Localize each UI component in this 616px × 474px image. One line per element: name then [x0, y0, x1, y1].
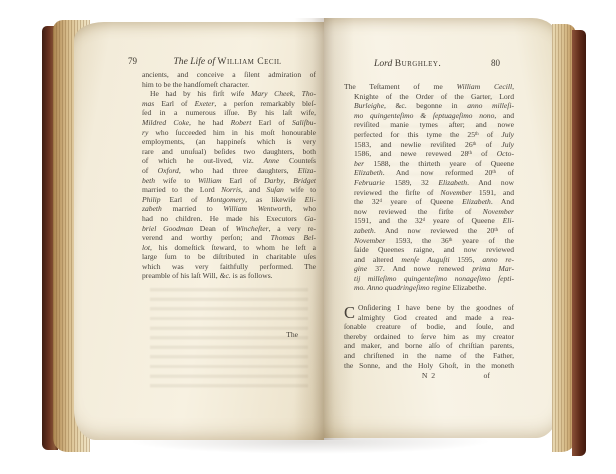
text-line: mas Earl of Exeter, a perſon remarkably …: [142, 99, 316, 109]
right-catchword: of: [484, 371, 491, 381]
considering-paragraph: C Onſidering I have bene by the goodnes …: [344, 303, 514, 370]
text-line: rare and unuſual) beſides two daughters,…: [142, 147, 316, 157]
text-line: and altered menſe Auguſti 1595, anno re-: [344, 255, 514, 265]
left-running-header: 79 The Life of William Cecil: [128, 56, 318, 67]
text-line: Februarie 1589, 32 Elizabeth. And now: [344, 178, 514, 188]
text-line: Philip Earl of Montgomery, as likewiſe E…: [142, 195, 316, 205]
text-line: 1591, and the 32d yeare of Queene Eli-: [344, 216, 514, 226]
text-line: and chriſtened in the name of the Father…: [344, 351, 514, 361]
text-line: zabeth. And now reviewed the 20th of: [344, 226, 514, 236]
left-header-title: The Life of William Cecil: [173, 56, 281, 67]
text-line: and maker, and borne alſo of chriſtian p…: [344, 341, 514, 351]
text-line: Knighte of the Order of the Garter, Lord: [344, 92, 514, 102]
text-line: beth wife to William Earl of Darby, Brid…: [142, 176, 316, 186]
text-line: thereby ordained to ſerve him as my crea…: [344, 332, 514, 342]
text-line: Mildred Coke, he had Robert Earl of Sali…: [142, 118, 316, 128]
text-line: November 1593, the 36th yeare of the: [344, 236, 514, 246]
text-line: now reviewed the firſte of November: [344, 207, 514, 217]
text-line: verend and worthy perſon; and Thomas Bel…: [142, 233, 316, 243]
text-line: ſaide Queenes raigne, and now reviewed: [344, 245, 514, 255]
text-line: Elizabeth. And now reformed 20th of: [344, 168, 514, 178]
text-line: The Teſtament of me William Cecill,: [344, 82, 514, 92]
text-line: ry who ſucceeded him in his moſt honoura…: [142, 128, 316, 138]
text-line: perfected for this tyme the 25th of July: [344, 130, 514, 140]
text-line: reviſited manie tymes after; and nowe: [344, 120, 514, 130]
left-catchword: The: [142, 330, 316, 339]
text-line: him to be the handſomeſt character.: [142, 80, 316, 90]
testament-block: The Teſtament of me William Cecill,Knigh…: [344, 82, 514, 293]
text-line: ancients, and conceive a ſilent admirati…: [142, 70, 316, 80]
text-line: zabeth married to William Wentworth, who: [142, 204, 316, 214]
open-book-photo: 79 The Life of William Cecil ancients, a…: [0, 0, 616, 474]
text-line: large ſum to be diſtributed in charitabl…: [142, 252, 316, 262]
signature-line: N 2 of: [344, 371, 514, 381]
text-line: which was very faithfully performed. The: [142, 262, 316, 272]
text-line: reviewed the firſte of November 1591, an…: [344, 188, 514, 198]
text-line: briel Goodman Dean of Wincheſter, a very…: [142, 224, 316, 234]
left-page-number: 79: [128, 56, 137, 66]
text-line: Burleighe, &c. begonne in anno milleſi-: [344, 101, 514, 111]
text-line: married to the Lord Norris, and Suſan wi…: [142, 185, 316, 195]
text-line: the Sonne, and the Holy Ghoſt, in the mo…: [344, 361, 514, 371]
text-line: ber 1588, the thirteth yeare of Queene: [344, 159, 514, 169]
drop-cap: C: [344, 304, 355, 321]
text-line: He had by his firſt wife Mary Cheek, Tho…: [142, 89, 316, 99]
text-line: of which he out-lived, viz. Anne Counteſ…: [142, 156, 316, 166]
considering-paragraph-lines: Onſidering I have bene by the goodnes of…: [344, 303, 514, 370]
text-line: the 32d yeare of Queene Elizabeth. And: [344, 197, 514, 207]
text-line: mo. Anno quadringeſimo regine Elizabethe…: [344, 283, 514, 293]
right-running-header: Lord Burghley. 80: [344, 58, 514, 69]
text-line: ſed in a numerous iſſue. By his laſt wif…: [142, 108, 316, 118]
text-line: lot, his domeſtick ſteward, to whom he l…: [142, 243, 316, 253]
right-page-number: 80: [491, 58, 500, 68]
text-line: almighty God created and made a rea-: [344, 313, 514, 323]
text-line: of Oxford, who had three daughters, Eliz…: [142, 166, 316, 176]
text-line: 1583, and newlie reviſited 26th of July: [344, 140, 514, 150]
right-header-title: Lord Burghley.: [374, 58, 441, 69]
text-line: had no children. He made his Executors G…: [142, 214, 316, 224]
text-line: mo quingenteſimo & ſeptuageſimo nono, an…: [344, 111, 514, 121]
left-page-body: ancients, and conceive a ſilent admirati…: [142, 70, 316, 281]
text-line: ſonable creature of bodie, and ſoule, an…: [344, 322, 514, 332]
text-line: preamble of his laſt Will, &c. is as fol…: [142, 271, 316, 281]
right-cover-board: [572, 30, 586, 456]
text-line: employments, (an happineſs which is very: [142, 137, 316, 147]
text-line: Onſidering I have bene by the goodnes of: [344, 303, 514, 313]
text-line: tij milleſimo quingenteſimo nonageſimo ſ…: [344, 274, 514, 284]
text-line: 1586, and newe revewed 28th of Octo-: [344, 149, 514, 159]
text-line: gine 37. And nowe renewed prima Mar-: [344, 264, 514, 274]
